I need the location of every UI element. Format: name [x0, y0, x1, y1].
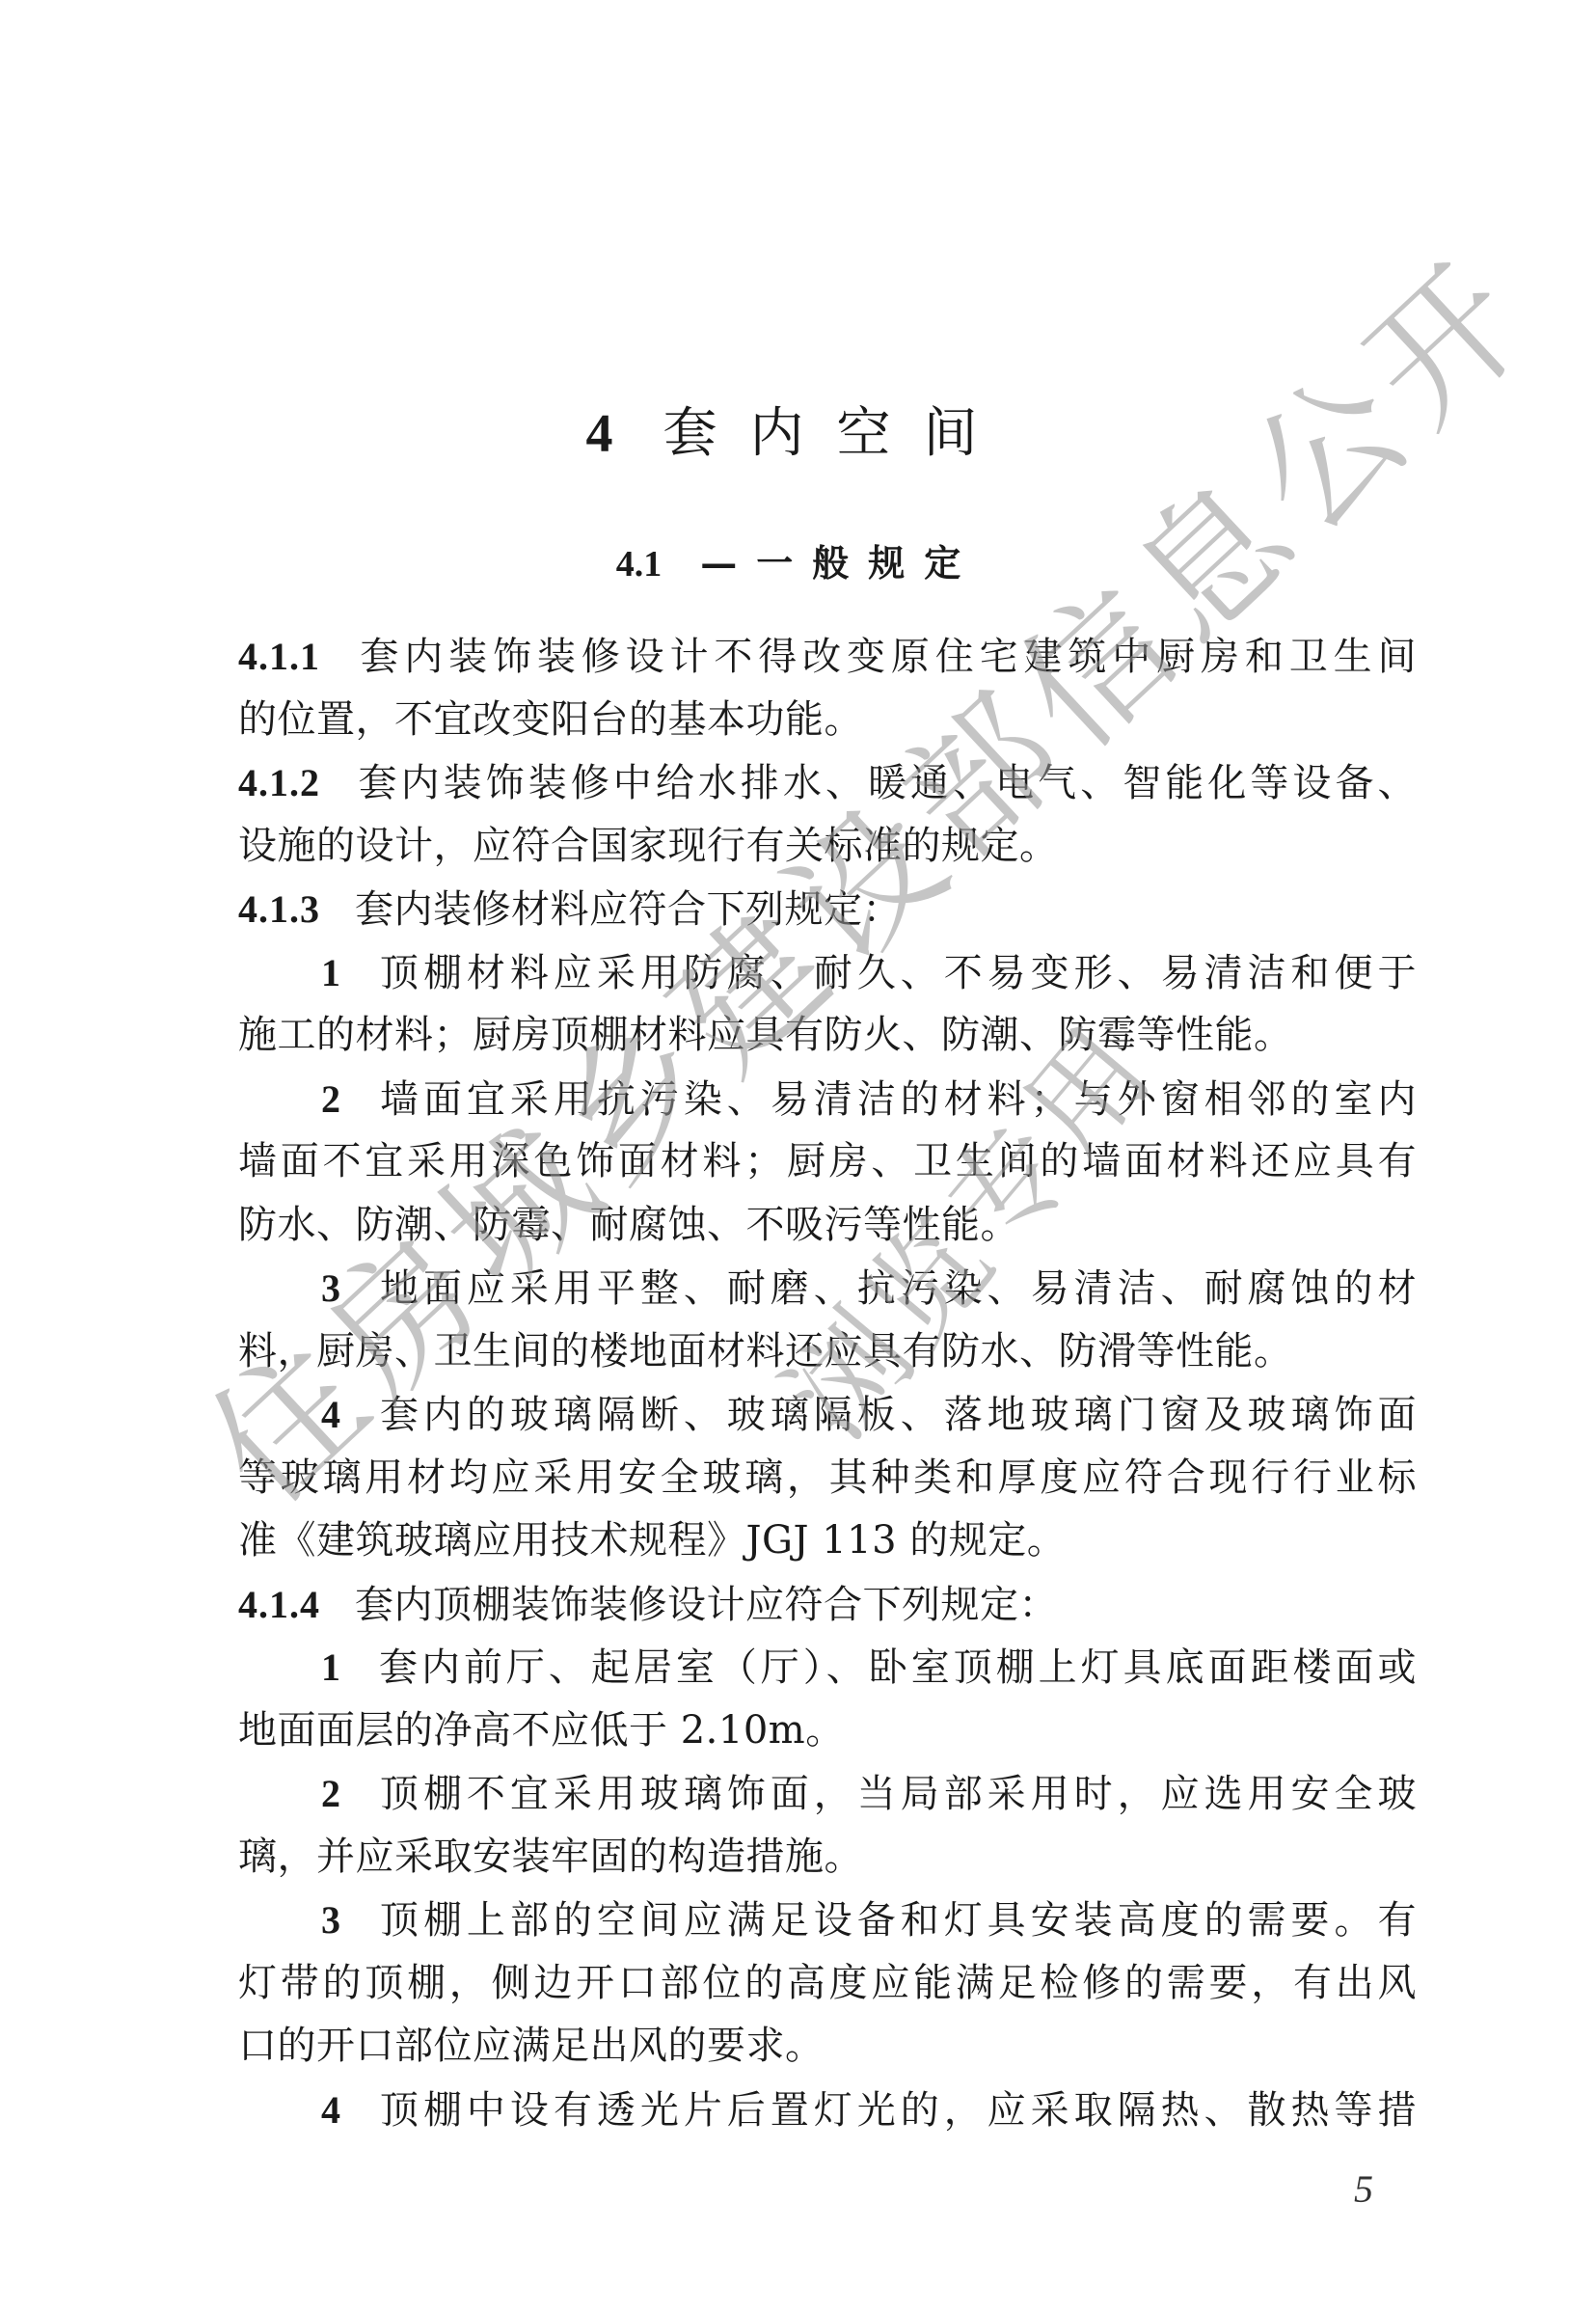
text-line: 璃，并应采取安装牢固的构造措施。 — [238, 1826, 1417, 1890]
chapter-title-text: 套内空间 — [663, 402, 1011, 465]
item-line: 2顶棚不宜采用玻璃饰面，当局部采用时，应选用安全玻 — [238, 1762, 1417, 1826]
item-number: 3 — [321, 1898, 341, 1942]
text-line: 灯带的顶棚，侧边开口部位的高度应能满足检修的需要，有出风 — [238, 1952, 1417, 2016]
line-text: 地面应采用平整、耐磨、抗污染、易清洁、耐腐蚀的材 — [376, 1266, 1418, 1311]
text-line: 等玻璃用材均应采用安全玻璃，其种类和厚度应符合现行行业标 — [238, 1447, 1417, 1510]
line-text: 套内前厅、起居室（厅）、卧室顶棚上灯具底面距楼面或 — [376, 1645, 1418, 1690]
item-line: 1套内前厅、起居室（厅）、卧室顶棚上灯具底面距楼面或 — [238, 1636, 1417, 1699]
line-text: 顶棚中设有透光片后置灯光的，应采取隔热、散热等措 — [376, 2088, 1418, 2133]
section-title-text: 一般规定 — [756, 541, 980, 585]
item-line: 4套内的玻璃隔断、玻璃隔板、落地玻璃门窗及玻璃饰面 — [238, 1383, 1417, 1447]
chapter-heading: 4套内空间 — [0, 395, 1596, 473]
section-dash: — — [700, 541, 737, 585]
text-line: 墙面不宜采用深色饰面材料；厨房、卫生间的墙面材料还应具有 — [238, 1130, 1417, 1194]
line-text: 套内装修材料应符合下列规定： — [355, 887, 902, 932]
item-line: 4顶棚中设有透光片后置灯光的，应采取隔热、散热等措 — [238, 2079, 1417, 2142]
line-text: 套内的玻璃隔断、玻璃隔板、落地玻璃门窗及玻璃饰面 — [376, 1393, 1418, 1437]
clause-number: 4.1.2 — [238, 761, 320, 804]
clause-line: 4.1.1套内装饰装修设计不得改变原住宅建筑中厨房和卫生间 — [238, 625, 1417, 689]
text-line: 口的开口部位应满足出风的要求。 — [238, 2015, 1417, 2079]
text-line: 施工的材料；厨房顶棚材料应具有防火、防潮、防霉等性能。 — [238, 1004, 1417, 1068]
text-line: 设施的设计，应符合国家现行有关标准的规定。 — [238, 815, 1417, 879]
line-text: 套内装饰装修中给水排水、暖通、电气、智能化等设备、 — [355, 761, 1417, 805]
line-text: 墙面不宜采用深色饰面材料；厨房、卫生间的墙面材料还应具有 — [238, 1139, 1417, 1183]
line-text: 设施的设计，应符合国家现行有关标准的规定。 — [238, 824, 1059, 868]
item-line: 3顶棚上部的空间应满足设备和灯具安装高度的需要。有 — [238, 1889, 1417, 1952]
item-number: 2 — [321, 1077, 341, 1121]
text-line: 的位置，不宜改变阳台的基本功能。 — [238, 689, 1417, 752]
section-heading: 4.1—一般规定 — [0, 534, 1596, 593]
line-text: 准《建筑玻璃应用技术规程》JGJ 113 的规定。 — [238, 1518, 1066, 1563]
line-text: 顶棚上部的空间应满足设备和灯具安装高度的需要。有 — [376, 1898, 1418, 1943]
line-text: 口的开口部位应满足出风的要求。 — [238, 2024, 825, 2068]
line-text: 等玻璃用材均应采用安全玻璃，其种类和厚度应符合现行行业标 — [238, 1455, 1417, 1500]
line-text: 灯带的顶棚，侧边开口部位的高度应能满足检修的需要，有出风 — [238, 1961, 1417, 2005]
item-number: 2 — [321, 1772, 341, 1815]
text-line: 地面面层的净高不应低于 2.10m。 — [238, 1699, 1417, 1763]
line-text: 地面面层的净高不应低于 2.10m。 — [238, 1708, 845, 1753]
item-number: 3 — [321, 1266, 341, 1310]
clause-number: 4.1.4 — [238, 1583, 320, 1626]
clause-number: 4.1.3 — [238, 887, 320, 931]
page-number: 5 — [1354, 2166, 1373, 2212]
line-text: 顶棚不宜采用玻璃饰面，当局部采用时，应选用安全玻 — [376, 1772, 1418, 1816]
item-line: 1顶棚材料应采用防腐、耐久、不易变形、易清洁和便于 — [238, 941, 1417, 1005]
text-line: 防水、防潮、防霉、耐腐蚀、不吸污等性能。 — [238, 1194, 1417, 1258]
line-text: 璃，并应采取安装牢固的构造措施。 — [238, 1835, 863, 1879]
text-line: 料，厨房、卫生间的楼地面材料还应具有防水、防滑等性能。 — [238, 1320, 1417, 1384]
item-number: 1 — [321, 1645, 341, 1689]
clause-number: 4.1.1 — [238, 635, 320, 678]
clause-line: 4.1.4套内顶棚装饰装修设计应符合下列规定： — [238, 1573, 1417, 1637]
clause-line: 4.1.3套内装修材料应符合下列规定： — [238, 878, 1417, 941]
line-text: 套内装饰装修设计不得改变原住宅建筑中厨房和卫生间 — [355, 635, 1417, 679]
clause-line: 4.1.2套内装饰装修中给水排水、暖通、电气、智能化等设备、 — [238, 751, 1417, 815]
text-line: 准《建筑玻璃应用技术规程》JGJ 113 的规定。 — [238, 1509, 1417, 1573]
line-text: 施工的材料；厨房顶棚材料应具有防火、防潮、防霉等性能。 — [238, 1013, 1293, 1057]
item-line: 3地面应采用平整、耐磨、抗污染、易清洁、耐腐蚀的材 — [238, 1257, 1417, 1320]
document-page: 4套内空间 4.1—一般规定 4.1.1套内装饰装修设计不得改变原住宅建筑中厨房… — [0, 0, 1596, 2311]
body-text: 4.1.1套内装饰装修设计不得改变原住宅建筑中厨房和卫生间的位置，不宜改变阳台的… — [238, 625, 1417, 2141]
item-line: 2墙面宜采用抗污染、易清洁的材料；与外窗相邻的室内 — [238, 1068, 1417, 1131]
line-text: 的位置，不宜改变阳台的基本功能。 — [238, 697, 863, 742]
line-text: 套内顶棚装饰装修设计应符合下列规定： — [355, 1583, 1058, 1627]
item-number: 4 — [321, 1393, 341, 1436]
chapter-number: 4 — [586, 404, 613, 464]
line-text: 墙面宜采用抗污染、易清洁的材料；与外窗相邻的室内 — [376, 1077, 1418, 1122]
line-text: 料，厨房、卫生间的楼地面材料还应具有防水、防滑等性能。 — [238, 1329, 1293, 1373]
section-number: 4.1 — [616, 544, 663, 585]
item-number: 4 — [321, 2088, 341, 2132]
item-number: 1 — [321, 951, 341, 994]
line-text: 防水、防潮、防霉、耐腐蚀、不吸污等性能。 — [238, 1203, 1019, 1247]
line-text: 顶棚材料应采用防腐、耐久、不易变形、易清洁和便于 — [376, 951, 1418, 995]
